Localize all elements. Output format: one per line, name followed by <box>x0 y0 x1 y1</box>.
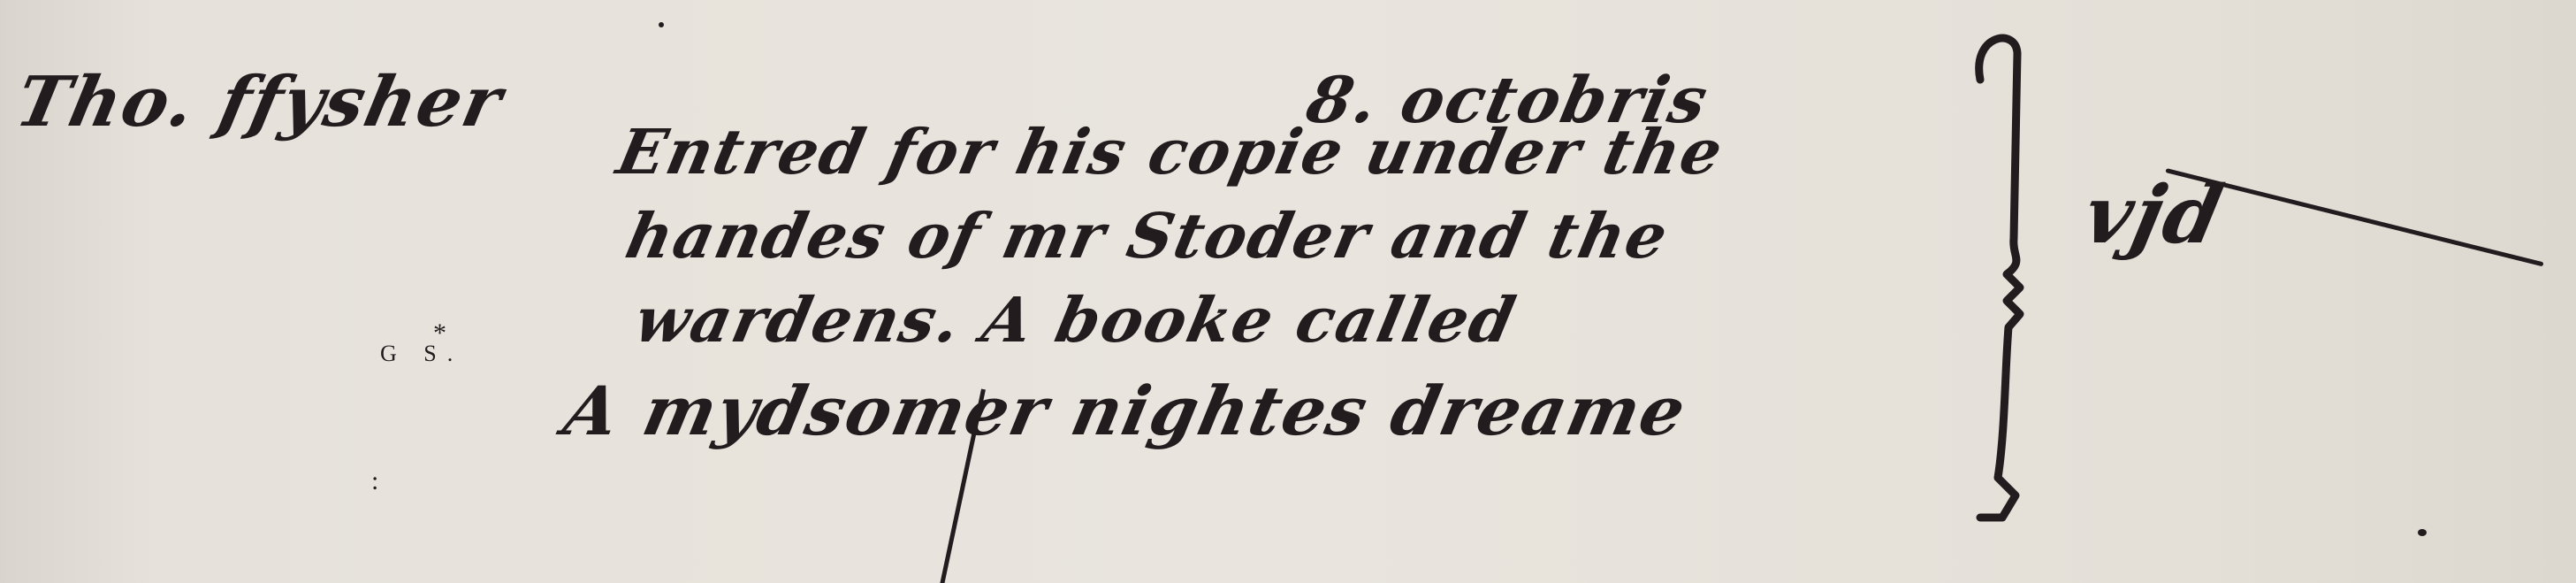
margin-dots: : <box>371 469 378 494</box>
ink-spot <box>659 22 664 27</box>
entry-line-1: Entred for his copie under the <box>611 115 1730 188</box>
manuscript-page: Tho. ffysher * G S. : 8. octobris Entred… <box>0 0 2576 583</box>
curly-brace-icon <box>1971 18 2024 522</box>
ink-spot <box>2418 529 2427 536</box>
margin-name-stationer: Tho. ffysher <box>9 62 510 142</box>
entry-line-2: handes of mr Stoder and the <box>620 199 1675 272</box>
entry-title-line: A mydsomer nightes dreame <box>558 372 1695 450</box>
entry-line-3: wardens. A booke called <box>629 283 1523 357</box>
fee-flourish-stroke <box>2165 168 2543 266</box>
margin-initials: G S. <box>380 341 463 367</box>
